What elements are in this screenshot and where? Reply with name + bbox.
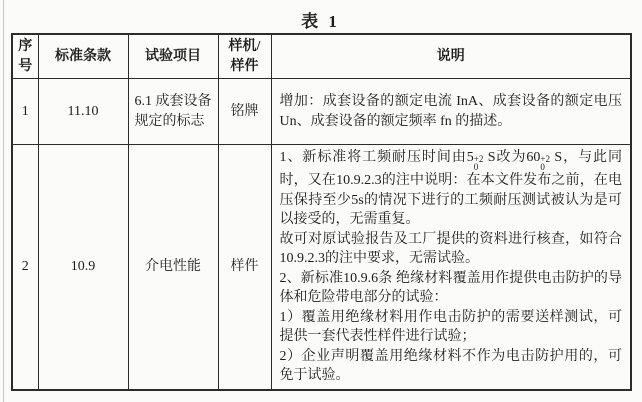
standards-test-table: 序号 标准条款 试验项目 样机/ 样件 说明 1 11.10 6.1 成套设备规… (11, 33, 632, 391)
description-paragraph: 1、新标准将工频耐压时间由5+20 S改为60+20 S，与此同时，又在10.9… (280, 148, 623, 230)
table-title: 表 1 (11, 7, 630, 32)
row1-description: 增加：成套设备的额定电流 InA、成套设备的额定电压 Un、成套设备的额定频率 … (271, 79, 631, 145)
row2-description: 1、新标准将工频耐压时间由5+20 S改为60+20 S，与此同时，又在10.9… (271, 145, 631, 390)
row2-sample: 样件 (218, 145, 271, 390)
description-paragraph: 2、新标准10.9.6条 绝缘材料覆盖用作提供电击防护的导体和危险带电部分的试验… (280, 269, 623, 308)
row1-clause: 11.10 (38, 79, 128, 145)
row1-test-item: 6.1 成套设备规定的标志 (128, 79, 218, 145)
row1-seq-no: 1 (12, 79, 38, 145)
description-paragraph: 增加：成套设备的额定电流 InA、成套设备的额定电压 Un、成套设备的额定频率 … (280, 92, 623, 131)
scan-edge-artifact (3, 0, 4, 402)
header-description: 说明 (271, 34, 631, 79)
row2-test-item: 介电性能 (128, 145, 218, 390)
table-row: 2 10.9 介电性能 样件 1、新标准将工频耐压时间由5+20 S改为60+2… (12, 145, 631, 390)
description-paragraph: 故可对原试验报告及工厂提供的资料进行核查，如符合10.9.2.3的注中要求，无需… (280, 230, 623, 269)
row2-seq-no: 2 (12, 145, 38, 390)
table-row: 1 11.10 6.1 成套设备规定的标志 铭牌 增加：成套设备的额定电流 In… (12, 79, 631, 145)
row1-sample: 铭牌 (218, 79, 271, 145)
tolerance-notation: +20 (474, 155, 484, 171)
tolerance-notation: +20 (540, 155, 550, 171)
document-page: { "page": { "title": "表 1" }, "colors": … (0, 0, 642, 402)
header-sample-type: 样机/ 样件 (218, 34, 271, 79)
header-seq-no: 序号 (12, 34, 38, 79)
row2-clause: 10.9 (38, 145, 128, 390)
description-paragraph: 1）覆盖用绝缘材料用作电击防护的需要送样测试，可提供一套代表性样件进行试验； (280, 308, 623, 347)
header-standard-clause: 标准条款 (38, 34, 128, 79)
description-paragraph: 2）企业声明覆盖用绝缘材料不作为电击防护用的，可免于试验。 (280, 347, 623, 386)
table-header-row: 序号 标准条款 试验项目 样机/ 样件 说明 (12, 34, 631, 79)
header-test-item: 试验项目 (128, 34, 218, 79)
